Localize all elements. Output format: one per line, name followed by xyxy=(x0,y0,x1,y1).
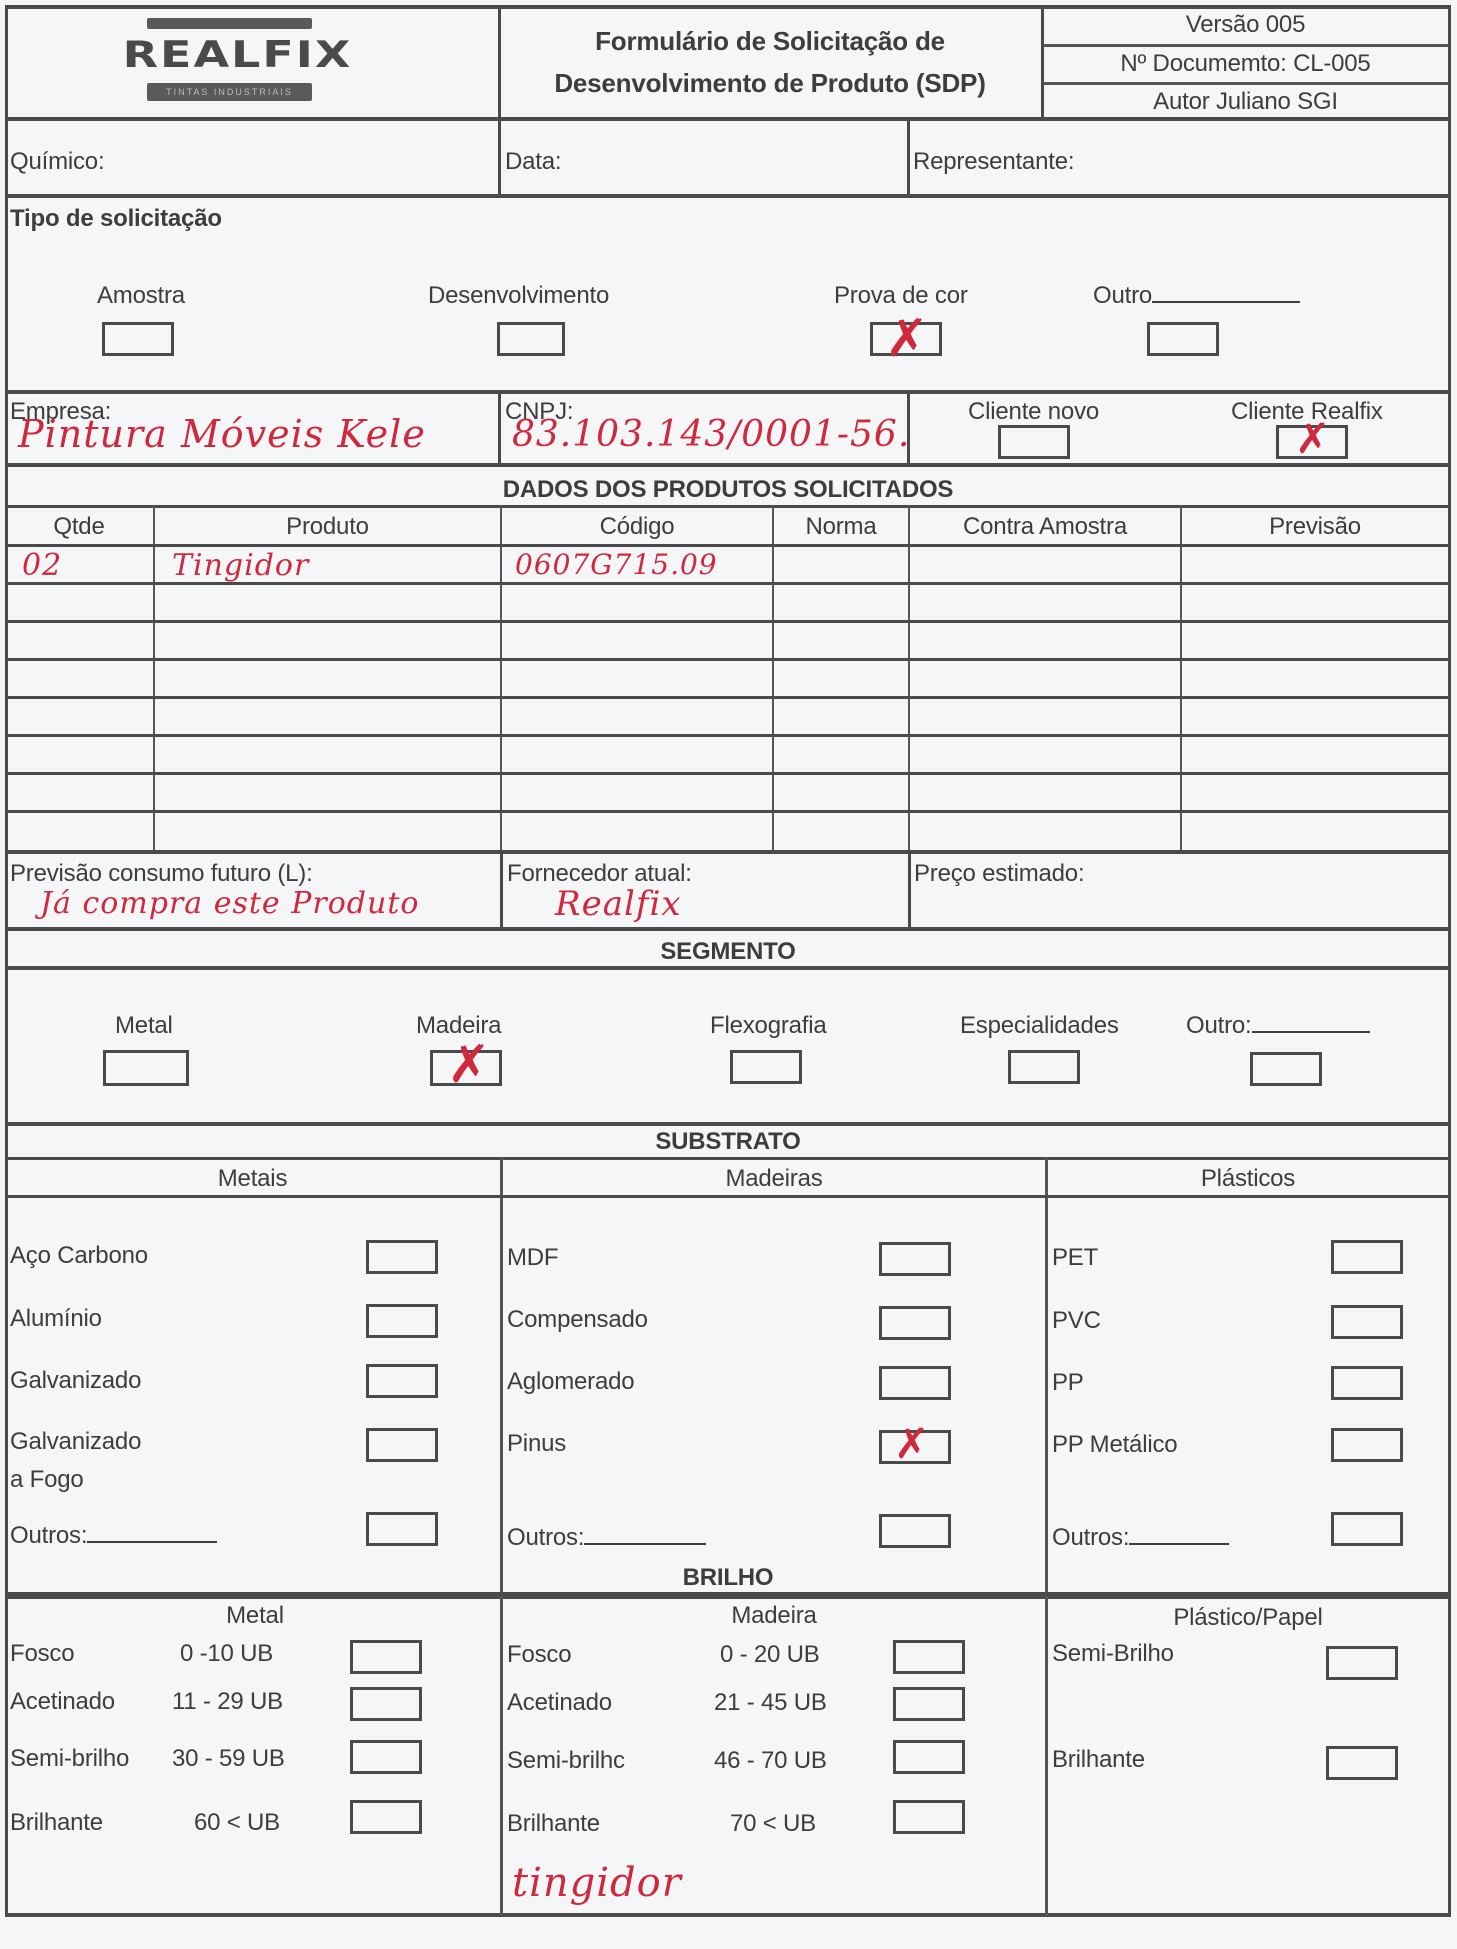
col-header-codigo: Código xyxy=(502,513,772,541)
row-line-7 xyxy=(5,810,1451,813)
divider-produtos-top xyxy=(5,463,1451,467)
brilho-metal-acetinado-checkbox[interactable] xyxy=(350,1687,422,1721)
cliente-novo-label: Cliente novo xyxy=(968,398,1099,426)
frame-top xyxy=(5,5,1451,9)
substrato-title: SUBSTRATO xyxy=(5,1128,1451,1156)
brilho-madeira-brilhante-checkbox[interactable] xyxy=(893,1800,965,1834)
brilho-header-bottom xyxy=(5,1596,1451,1599)
divider-info-top xyxy=(5,117,1451,121)
brilho-madeira-title: Madeira xyxy=(503,1602,1045,1630)
brilho-plastico-semi-brilho-label: Semi-Brilho xyxy=(1052,1640,1174,1668)
substrato-plasticos-outros-blank[interactable] xyxy=(1129,1525,1229,1545)
brilho-madeira-fosco-label: Fosco xyxy=(507,1641,571,1669)
logo-top-bar xyxy=(147,18,312,29)
brilho-col-divider-1 xyxy=(500,1596,503,1916)
substrato-compensado-label: Compensado xyxy=(507,1306,648,1334)
divider-tipo-top xyxy=(5,194,1451,198)
realfix-logo: REALFIX TINTAS INDUSTRIAIS xyxy=(100,15,375,95)
substrato-galvanizado-checkbox[interactable] xyxy=(366,1364,438,1398)
col-divider-1 xyxy=(153,505,155,850)
tipo-outro-text: Outro xyxy=(1093,282,1152,309)
substrato-pvc-label: PVC xyxy=(1052,1307,1101,1335)
cnpj-value[interactable]: 83.103.143/0001-56. xyxy=(512,414,910,455)
substrato-pinus-label: Pinus xyxy=(507,1430,566,1458)
brilho-metal-semi-brilho-checkbox[interactable] xyxy=(350,1740,422,1774)
previsao-consumo-label: Previsão consumo futuro (L): xyxy=(10,860,313,888)
substrato-metais-outros-checkbox[interactable] xyxy=(366,1512,438,1546)
brilho-metal-acetinado-range: 11 - 29 UB xyxy=(172,1688,283,1716)
header-meta-divider-1 xyxy=(1043,44,1448,47)
substrato-plasticos-outros-text: Outros: xyxy=(1052,1524,1129,1551)
substrato-madeiras-outros-text: Outros: xyxy=(507,1524,584,1551)
divider-substrato-top xyxy=(5,1122,1451,1126)
substrato-galvanizado-fogo-label2: a Fogo xyxy=(10,1466,84,1494)
col-header-qtde: Qtde xyxy=(5,513,153,541)
substrato-pp-metalico-checkbox[interactable] xyxy=(1331,1428,1403,1462)
brilho-metal-brilhante-range: 60 < UB xyxy=(194,1809,280,1837)
substrato-pp-checkbox[interactable] xyxy=(1331,1366,1403,1400)
substrato-galvanizado-label: Galvanizado xyxy=(10,1367,141,1395)
substrato-pet-checkbox[interactable] xyxy=(1331,1240,1403,1274)
info-divider-1 xyxy=(498,117,501,195)
brilho-plastico-semi-brilho-checkbox[interactable] xyxy=(1326,1646,1398,1680)
brilho-metal-fosco-range: 0 -10 UB xyxy=(180,1640,273,1668)
substrato-plasticos-outros-label: Outros: xyxy=(1052,1524,1229,1552)
substrato-plasticos-title: Plásticos xyxy=(1048,1165,1448,1193)
row-line-3 xyxy=(5,658,1451,661)
preco-field[interactable] xyxy=(914,890,1444,925)
brilho-metal-brilhante-checkbox[interactable] xyxy=(350,1800,422,1834)
substrato-aluminio-label: Alumínio xyxy=(10,1305,102,1333)
frame-bottom xyxy=(5,1913,1451,1917)
fornecedor-value[interactable]: Realfix xyxy=(555,884,682,924)
substrato-header-bottom xyxy=(5,1157,1451,1160)
brilho-plastico-title: Plástico/Papel xyxy=(1048,1604,1448,1632)
substrato-pp-label: PP xyxy=(1052,1369,1084,1397)
empresa-divider-1 xyxy=(498,390,501,464)
substrato-aglomerado-checkbox[interactable] xyxy=(879,1366,951,1400)
tipo-amostra-label: Amostra xyxy=(97,282,185,310)
preco-label: Preço estimado: xyxy=(914,860,1084,888)
info-divider-2 xyxy=(907,117,910,195)
logo-wordmark: REALFIX xyxy=(105,32,370,75)
brilho-metal-acetinado-label: Acetinado xyxy=(10,1688,115,1716)
substrato-madeiras-outros-blank[interactable] xyxy=(584,1525,706,1545)
checked-x-mark-icon: ✗ xyxy=(1295,418,1330,460)
tipo-desenvolvimento-label: Desenvolvimento xyxy=(428,282,609,310)
substrato-madeiras-outros-checkbox[interactable] xyxy=(879,1514,951,1548)
brilho-metal-fosco-checkbox[interactable] xyxy=(350,1640,422,1674)
cliente-novo-checkbox[interactable] xyxy=(998,425,1070,459)
consumo-divider-2 xyxy=(908,850,911,928)
form-title-line2: Desenvolvimento de Produto (SDP) xyxy=(500,68,1040,99)
segmento-especialidades-label: Especialidades xyxy=(960,1012,1119,1040)
col-divider-4 xyxy=(908,505,910,850)
substrato-madeiras-title: Madeiras xyxy=(503,1165,1045,1193)
brilho-madeira-acetinado-range: 21 - 45 UB xyxy=(714,1689,827,1717)
header-meta-divider-2 xyxy=(1043,82,1448,85)
brilho-madeira-fosco-range: 0 - 20 UB xyxy=(720,1641,820,1669)
substrato-aco-carbono-label: Aço Carbono xyxy=(10,1242,148,1270)
row1-codigo[interactable]: 0607G715.09 xyxy=(515,548,718,581)
brilho-madeira-brilhante-label: Brilhante xyxy=(507,1810,600,1838)
previsao-consumo-value[interactable]: Já compra este Produto xyxy=(40,886,419,921)
brilho-madeira-semi-brilho-label: Semi-brilhc xyxy=(507,1747,625,1775)
brilho-madeira-semi-brilho-checkbox[interactable] xyxy=(893,1740,965,1774)
representante-field[interactable] xyxy=(1100,130,1445,190)
tipo-outro-label: Outro xyxy=(1093,282,1300,310)
brilho-metal-fosco-label: Fosco xyxy=(10,1640,74,1668)
tipo-solicitacao-title: Tipo de solicitação xyxy=(10,205,222,233)
col-header-produto: Produto xyxy=(155,513,500,541)
tipo-prova-de-cor-label: Prova de cor xyxy=(834,282,968,310)
tipo-desenvolvimento-checkbox[interactable] xyxy=(497,322,565,356)
col-divider-3 xyxy=(772,505,774,850)
header-divider-1 xyxy=(498,5,501,120)
substrato-galvanizado-fogo-checkbox[interactable] xyxy=(366,1428,438,1462)
segmento-outro-text: Outro: xyxy=(1186,1012,1252,1039)
col-header-contra-amostra: Contra Amostra xyxy=(910,513,1180,541)
col-divider-2 xyxy=(500,505,502,850)
brilho-madeira-brilhante-range: 70 < UB xyxy=(730,1810,816,1838)
col-header-previsao: Previsão xyxy=(1182,513,1448,541)
checked-x-mark-icon: ✗ xyxy=(885,313,929,365)
divider-empresa-top xyxy=(5,390,1451,394)
segmento-title: SEGMENTO xyxy=(5,938,1451,966)
brilho-title: BRILHO xyxy=(5,1564,1451,1592)
segmento-header-bottom xyxy=(5,966,1451,970)
row-line-0 xyxy=(5,544,1451,547)
segmento-outro-label: Outro: xyxy=(1186,1012,1370,1040)
segmento-flexografia-label: Flexografia xyxy=(710,1012,827,1040)
row-line-4 xyxy=(5,696,1451,699)
substrato-col-divider-2 xyxy=(1045,1157,1048,1594)
segmento-outro-checkbox[interactable] xyxy=(1250,1052,1322,1086)
substrato-compensado-checkbox[interactable] xyxy=(879,1306,951,1340)
tipo-prova-de-cor-checkbox[interactable]: ✗ xyxy=(870,322,942,356)
col-divider-5 xyxy=(1180,505,1182,850)
substrato-aluminio-checkbox[interactable] xyxy=(366,1304,438,1338)
brilho-plastico-brilhante-checkbox[interactable] xyxy=(1326,1746,1398,1780)
segmento-flexografia-checkbox[interactable] xyxy=(730,1050,802,1084)
empresa-value[interactable]: Pintura Móveis Kele xyxy=(18,412,426,456)
produtos-title: DADOS DOS PRODUTOS SOLICITADOS xyxy=(5,476,1451,504)
substrato-metais-outros-blank[interactable] xyxy=(87,1523,217,1543)
empresa-divider-2 xyxy=(907,390,910,464)
divider-segmento-top xyxy=(5,927,1451,931)
substrato-aco-carbono-checkbox[interactable] xyxy=(366,1240,438,1274)
substrato-madeiras-outros-label: Outros: xyxy=(507,1524,706,1552)
segmento-especialidades-checkbox[interactable] xyxy=(1008,1050,1080,1084)
substrato-metais-outros-label: Outros: xyxy=(10,1522,217,1550)
logo-tagline: TINTAS INDUSTRIAIS xyxy=(147,83,312,101)
brilho-metal-brilhante-label: Brilhante xyxy=(10,1809,103,1837)
tipo-amostra-checkbox[interactable] xyxy=(102,322,174,356)
consumo-divider-1 xyxy=(500,850,503,928)
form-title-line1: Formulário de Solicitação de xyxy=(500,26,1040,57)
data-label: Data: xyxy=(505,148,561,176)
tipo-outro-checkbox[interactable] xyxy=(1147,322,1219,356)
substrato-metais-outros-text: Outros: xyxy=(10,1522,87,1549)
substrato-mdf-label: MDF xyxy=(507,1244,558,1272)
substrato-mdf-checkbox[interactable] xyxy=(879,1242,951,1276)
quimico-label: Químico: xyxy=(10,148,104,176)
substrato-subheader-bottom xyxy=(5,1195,1451,1198)
tipo-outro-blank[interactable] xyxy=(1152,283,1300,303)
row1-produto[interactable]: Tingidor xyxy=(172,548,309,583)
version-label: Versão 005 xyxy=(1043,11,1448,39)
brilho-madeira-acetinado-checkbox[interactable] xyxy=(893,1687,965,1721)
segmento-metal-checkbox[interactable] xyxy=(103,1050,189,1086)
col-header-norma: Norma xyxy=(774,513,908,541)
substrato-metais-title: Metais xyxy=(5,1165,500,1193)
brilho-col-divider-2 xyxy=(1045,1596,1048,1916)
row-line-6 xyxy=(5,772,1451,775)
segmento-madeira-checkbox[interactable]: ✗ xyxy=(430,1050,502,1086)
author-label: Autor Juliano SGI xyxy=(1043,88,1448,116)
representante-label: Representante: xyxy=(913,148,1074,176)
substrato-col-divider-1 xyxy=(500,1157,503,1594)
substrato-galvanizado-fogo-label: Galvanizado xyxy=(10,1428,141,1456)
brilho-metal-title: Metal xyxy=(5,1602,505,1630)
document-number: Nº Documemto: CL-005 xyxy=(1043,50,1448,78)
substrato-aglomerado-label: Aglomerado xyxy=(507,1368,634,1396)
substrato-pp-metalico-label: PP Metálico xyxy=(1052,1431,1177,1459)
segmento-metal-label: Metal xyxy=(115,1012,173,1040)
sdp-form-page: REALFIX TINTAS INDUSTRIAIS Formulário de… xyxy=(0,0,1457,1949)
checked-x-mark-icon: ✗ xyxy=(894,1423,929,1465)
cliente-realfix-checkbox[interactable]: ✗ xyxy=(1276,425,1348,459)
checked-x-mark-icon: ✗ xyxy=(447,1039,491,1091)
substrato-plasticos-outros-checkbox[interactable] xyxy=(1331,1512,1403,1546)
row1-qtde[interactable]: 02 xyxy=(22,548,62,583)
row-line-5 xyxy=(5,734,1451,737)
row-line-2 xyxy=(5,620,1451,623)
data-field[interactable] xyxy=(575,130,905,190)
brilho-metal-semi-brilho-range: 30 - 59 UB xyxy=(172,1745,285,1773)
brilho-plastico-brilhante-label: Brilhante xyxy=(1052,1746,1145,1774)
brilho-metal-semi-brilho-label: Semi-brilho xyxy=(10,1745,129,1773)
brilho-madeira-acetinado-label: Acetinado xyxy=(507,1689,612,1717)
brilho-madeira-handwritten-note: tingidor xyxy=(512,1860,682,1906)
quimico-field[interactable] xyxy=(110,130,495,190)
segmento-outro-blank[interactable] xyxy=(1252,1013,1370,1033)
substrato-pinus-checkbox[interactable]: ✗ xyxy=(879,1430,951,1464)
brilho-madeira-fosco-checkbox[interactable] xyxy=(893,1640,965,1674)
produtos-header-top xyxy=(5,505,1451,508)
substrato-pet-label: PET xyxy=(1052,1244,1098,1272)
divider-consumo-top xyxy=(5,850,1451,854)
brilho-madeira-semi-brilho-range: 46 - 70 UB xyxy=(714,1747,827,1775)
substrato-pvc-checkbox[interactable] xyxy=(1331,1305,1403,1339)
